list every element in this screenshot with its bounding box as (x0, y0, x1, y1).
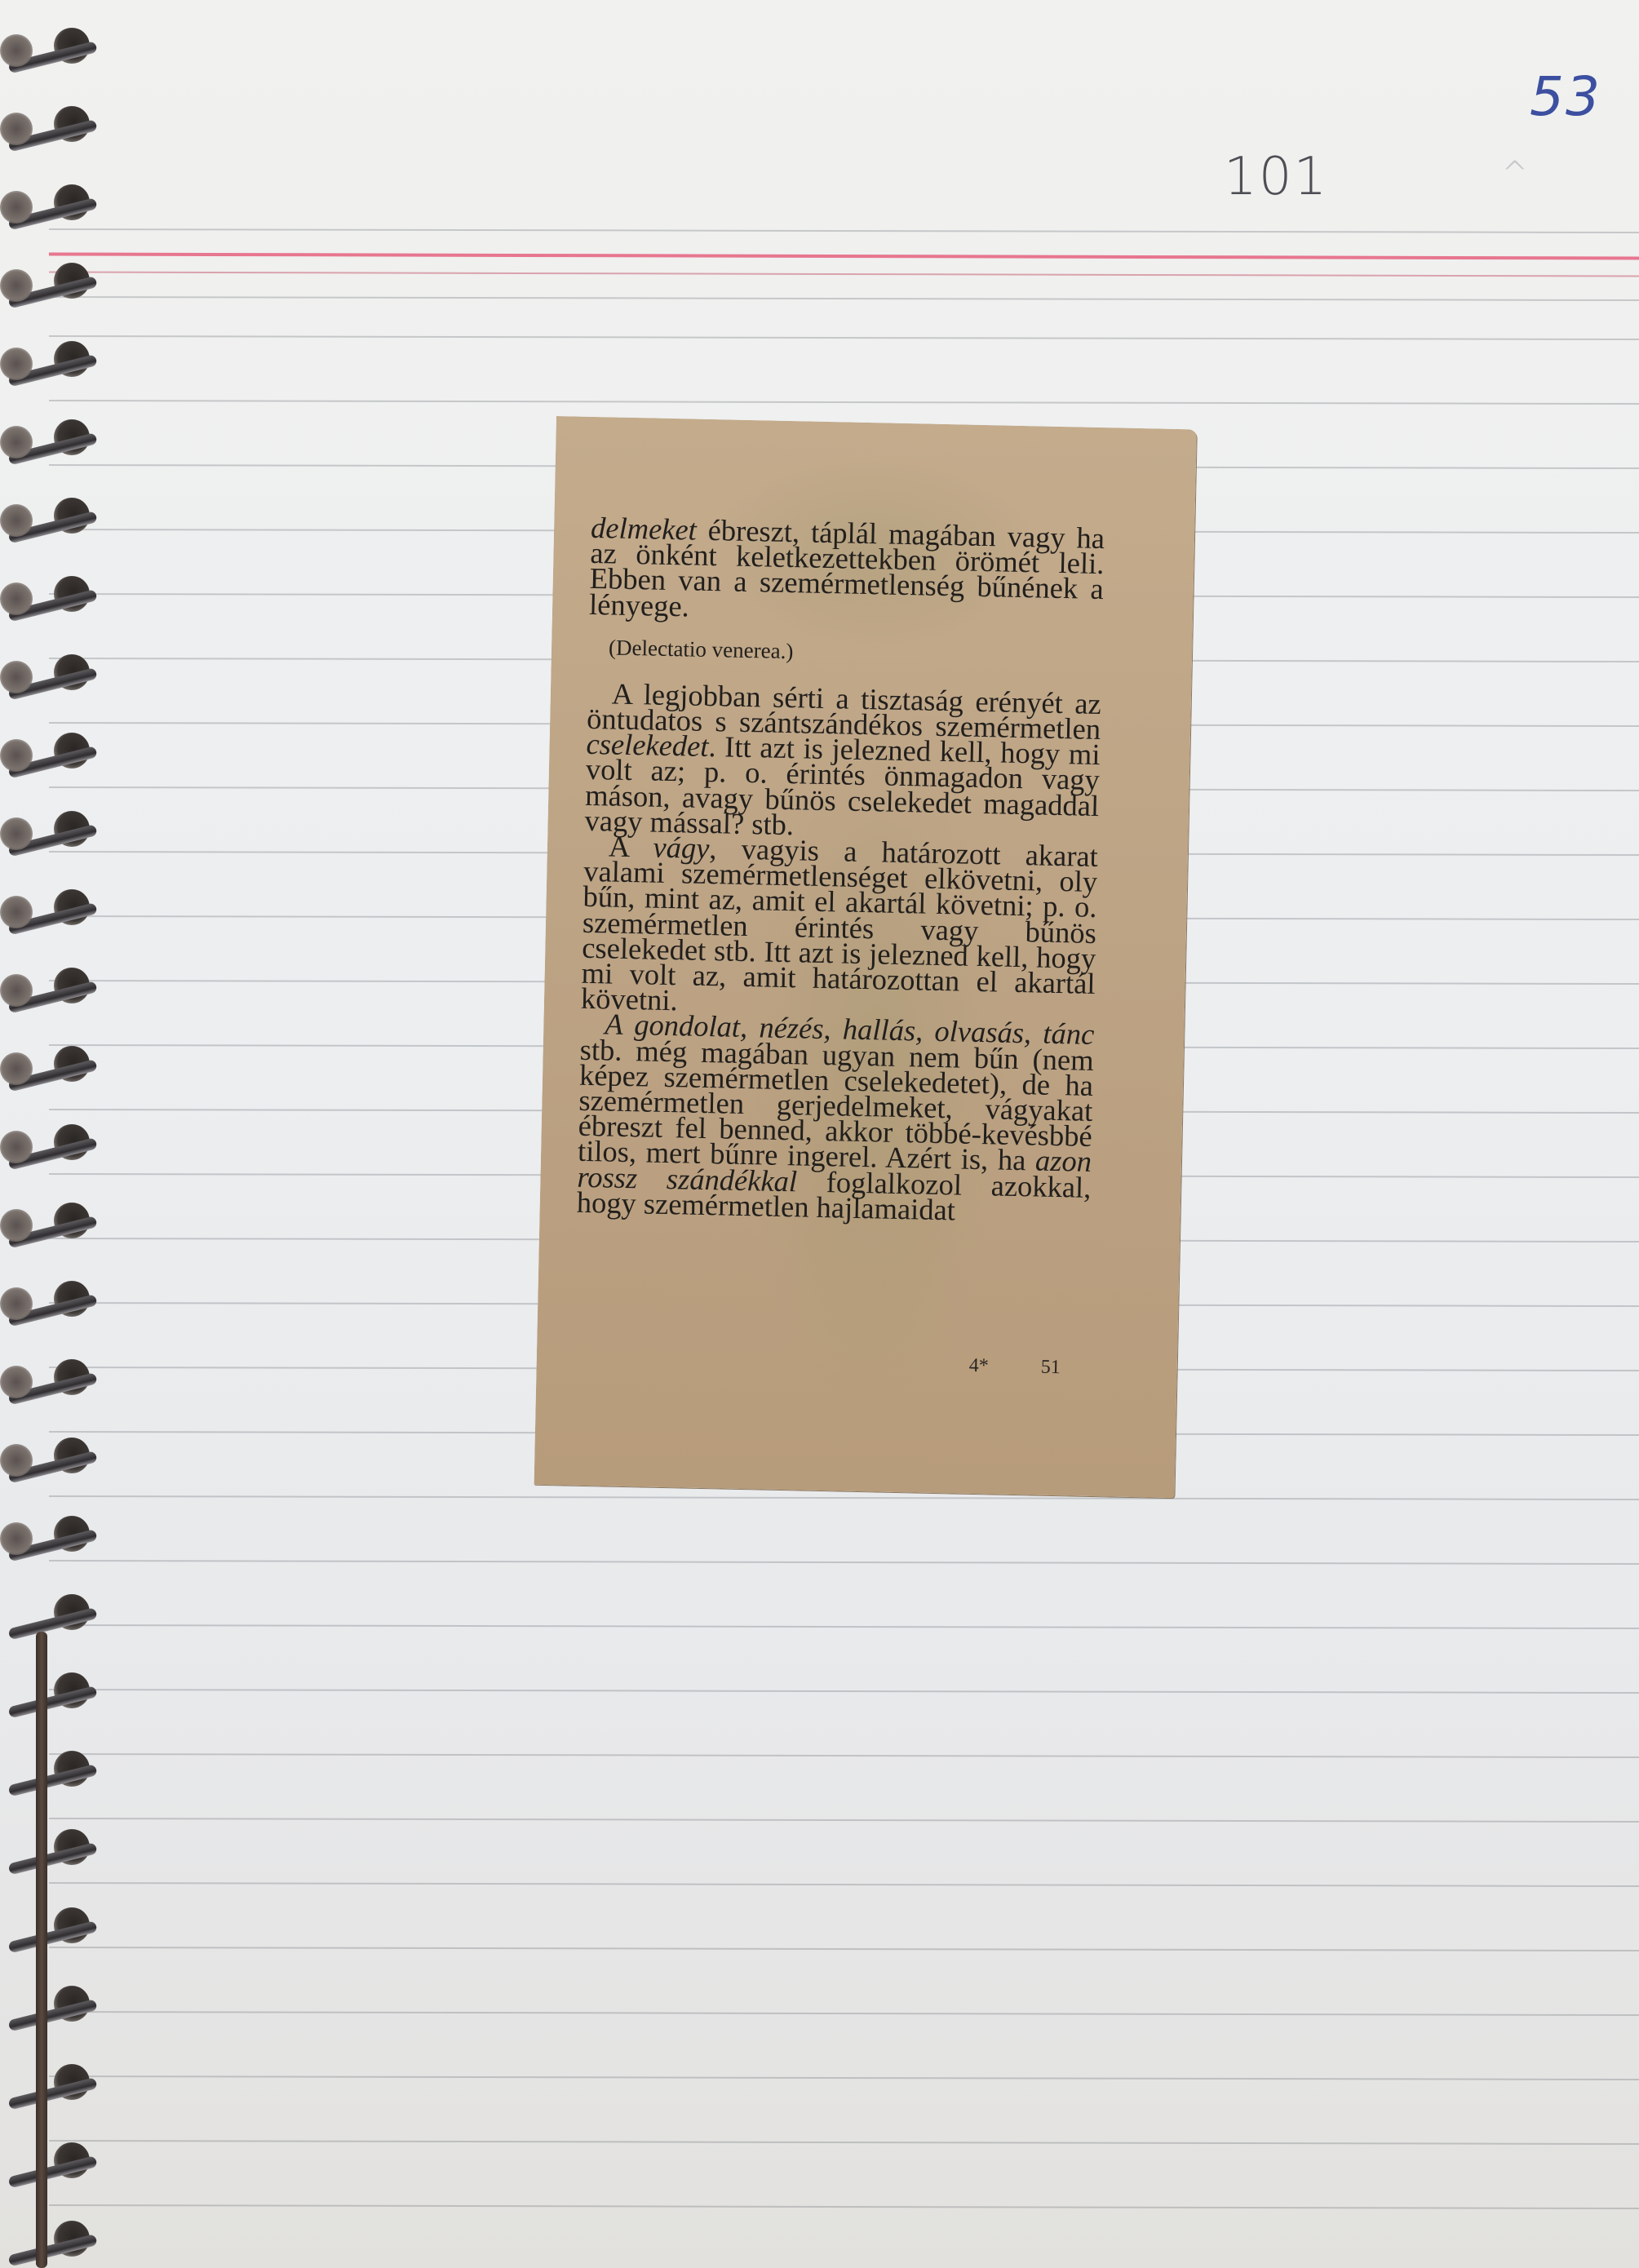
coil-end (0, 817, 33, 850)
coil-end (0, 896, 33, 928)
printed-page-number: 51 (1040, 1357, 1061, 1378)
coil-end (0, 1052, 33, 1085)
coil-end (0, 504, 33, 537)
ruled-line (49, 1882, 1639, 1887)
ruled-line (49, 400, 1639, 405)
coil-end (0, 661, 33, 693)
coil-end (0, 34, 33, 67)
ruled-line (49, 335, 1639, 340)
ruled-line (49, 2140, 1639, 2145)
ruled-line (49, 228, 1639, 233)
spiral-binding (0, 0, 114, 2268)
ruled-line (49, 2075, 1639, 2080)
coil-end (0, 1209, 33, 1242)
coil-end (0, 1287, 33, 1320)
clipping-footer: 4* 51 (968, 1355, 1108, 1380)
ruled-line (49, 1753, 1639, 1758)
coil-end (0, 113, 33, 145)
paragraph-thought: A gondolat, nézés, hallás, olvasás, tánc… (577, 1011, 1095, 1225)
section-heading: (Delectatio venerea.) (588, 635, 1102, 670)
coil-end (0, 1366, 33, 1398)
coil-end (0, 191, 33, 224)
clipping-text: delmeket ébreszt, táplál magában vagy ha… (577, 515, 1105, 1225)
text-segment: , vagyis a határozott akarat valami szem… (581, 831, 1099, 1017)
ruled-line (49, 1947, 1639, 1951)
coil-end (0, 1131, 33, 1163)
coil-end (0, 974, 33, 1007)
ruled-line (49, 296, 1639, 301)
coil-end (0, 348, 33, 380)
paragraph-desire: A vágy, vagyis a határozott akarat valam… (581, 833, 1098, 1022)
signature-mark: 4* (968, 1355, 989, 1376)
paragraph-act: A legjobban sérti a tisztaság erényét az… (584, 680, 1101, 844)
ruled-line (49, 1818, 1639, 1823)
ruled-line (49, 1689, 1639, 1694)
handwritten-corner-number: 53 (1530, 65, 1601, 128)
text-segment: stb. még magában ugyan nem bűn (nem képe… (578, 1032, 1094, 1177)
notebook-page: 101 53 ^ delmeket ébreszt, táplál magába… (0, 0, 1639, 2268)
spine-wire (36, 1632, 47, 2268)
ruled-line (49, 1560, 1639, 1565)
coil-end (0, 426, 33, 458)
margin-red-line-thin (49, 271, 1639, 277)
ruled-line (49, 2204, 1639, 2209)
coil-end (0, 1522, 33, 1555)
coil-end (0, 1444, 33, 1477)
ruled-line (49, 1495, 1639, 1500)
faint-pencil-mark: ^ (1501, 155, 1530, 193)
margin-red-line (49, 252, 1639, 259)
coil-end (0, 583, 33, 615)
book-page-clipping: delmeket ébreszt, táplál magában vagy ha… (534, 416, 1197, 1498)
handwritten-page-number: 101 (1224, 147, 1328, 207)
coil-end (0, 269, 33, 302)
ruled-line (49, 2011, 1639, 2016)
coil-end (0, 739, 33, 772)
paragraph-intro: delmeket ébreszt, táplál magában vagy ha… (589, 515, 1105, 627)
ruled-line (49, 1624, 1639, 1629)
